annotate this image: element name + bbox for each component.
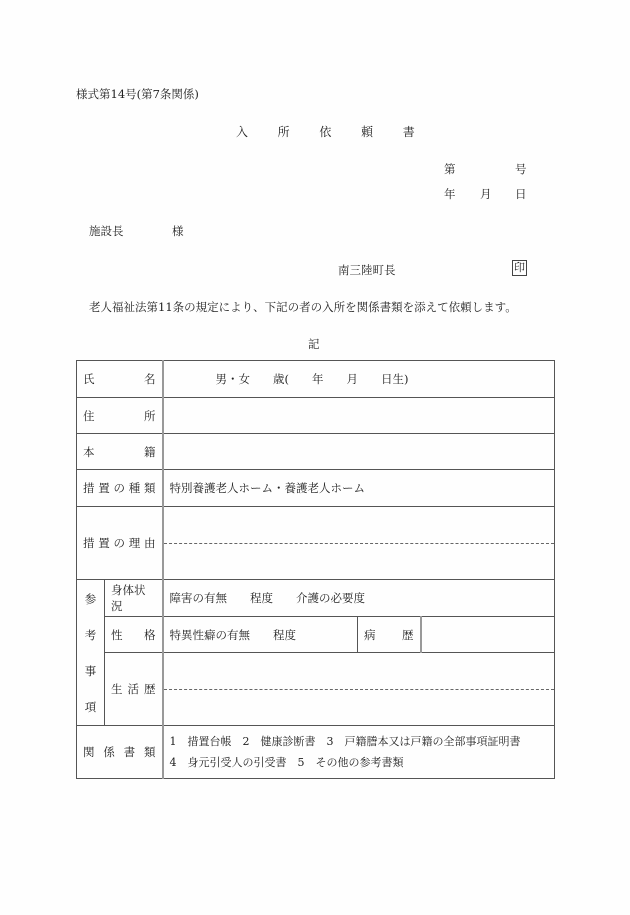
row-life-history: 生活歴 [77,653,555,726]
row-body-condition: 参考事項 身体状況 障害の有無 程度 介護の必要度 [77,580,555,617]
addressee-honorific: 様 [172,223,184,239]
body-condition-field[interactable]: 障害の有無 程度 介護の必要度 [163,580,555,617]
request-form-table: 氏名 男・女 歳( 年 月 日生) 住所 本籍 措置の種類 特別養護老人ホーム・… [76,360,555,779]
label-char: 籍 [144,444,156,460]
honseki-label: 本籍 [77,434,163,470]
measure-type-field[interactable]: 特別養護老人ホーム・養護老人ホーム [163,470,555,507]
seal-mark: 印 [512,260,527,276]
row-address: 住所 [77,398,555,434]
row-honseki: 本籍 [77,434,555,470]
label-char: 名 [144,371,156,387]
label-char: の [114,480,126,496]
label-char: 性 [111,627,123,643]
character-label: 性格 [105,617,163,653]
title-char: 頼 [361,123,373,140]
label-char: 氏 [83,371,95,387]
label-char: 歴 [402,627,414,643]
title-char: 所 [278,123,290,140]
address-field[interactable] [163,398,555,434]
title-char: 入 [236,123,248,140]
medical-history-field[interactable] [421,617,555,653]
label-char: 住 [83,408,95,424]
dashed-divider [164,543,555,544]
label-char: 項 [85,699,97,715]
row-documents: 関係書類 1 措置台帳 2 健康診断書 3 戸籍謄本又は戸籍の全部事項証明書 4… [77,726,555,779]
date-day: 日 [515,186,527,202]
doc-no-prefix: 第 [444,161,456,177]
label-char: 病 [364,627,376,643]
label-char: 類 [144,744,156,760]
label-char: 類 [144,480,156,496]
ki-heading: 記 [308,336,320,352]
form-number: 様式第14号(第7条関係) [76,86,199,102]
medical-history-label: 病歴 [358,617,421,653]
label-char: 本 [83,444,95,460]
label-char: 考 [85,627,97,643]
documents-line-1: 1 措置台帳 2 健康診断書 3 戸籍謄本又は戸籍の全部事項証明書 [170,731,549,752]
documents-label: 関係書類 [77,726,163,779]
row-character: 性格 特異性癖の有無 程度 病歴 [77,617,555,653]
label-char: 措 [83,480,95,496]
name-label: 氏名 [77,361,163,398]
honseki-field[interactable] [163,434,555,470]
label-char: 書 [124,744,136,760]
address-label: 住所 [77,398,163,434]
label-char: の [114,535,126,551]
date-month: 月 [480,186,492,202]
label-char: 活 [128,681,140,697]
label-char: 置 [98,480,110,496]
life-history-field[interactable] [163,653,555,726]
label-char: 所 [144,408,156,424]
label-char: 生 [111,681,123,697]
documents-line-2: 4 身元引受人の引受書 5 その他の参考書類 [170,752,549,773]
label-char: 係 [103,744,115,760]
measure-reason-field[interactable] [163,507,555,580]
name-field[interactable]: 男・女 歳( 年 月 日生) [163,361,555,398]
addressee-name: 施設長 [89,223,124,239]
body-condition-label: 身体状況 [105,580,163,617]
row-measure-type: 措置の種類 特別養護老人ホーム・養護老人ホーム [77,470,555,507]
label-char: 由 [144,535,156,551]
dashed-divider [164,689,555,690]
label-char: 格 [144,627,156,643]
character-field[interactable]: 特異性癖の有無 程度 [163,617,358,653]
life-history-label: 生活歴 [105,653,163,726]
row-name: 氏名 男・女 歳( 年 月 日生) [77,361,555,398]
label-char: 参 [85,591,97,607]
label-char: 種 [129,480,141,496]
sender-name: 南三陸町長 [338,262,396,278]
label-char: 理 [129,535,141,551]
document-title: 入 所 依 頼 書 [236,123,441,140]
measure-type-label: 措置の種類 [77,470,163,507]
date-year: 年 [444,186,456,202]
reference-label: 参考事項 [77,580,105,726]
label-char: 措 [83,535,95,551]
label-char: 歴 [144,681,156,697]
measure-reason-label: 措置の理由 [77,507,163,580]
title-char: 依 [319,123,331,140]
row-measure-reason: 措置の理由 [77,507,555,580]
label-char: 関 [83,744,95,760]
documents-field: 1 措置台帳 2 健康診断書 3 戸籍謄本又は戸籍の全部事項証明書 4 身元引受… [163,726,555,779]
doc-no-suffix: 号 [515,161,527,177]
request-body-text: 老人福祉法第11条の規定により、下記の者の入所を関係書類を添えて依頼します。 [89,299,517,315]
label-char: 置 [98,535,110,551]
title-char: 書 [403,123,415,140]
label-char: 事 [85,663,97,679]
